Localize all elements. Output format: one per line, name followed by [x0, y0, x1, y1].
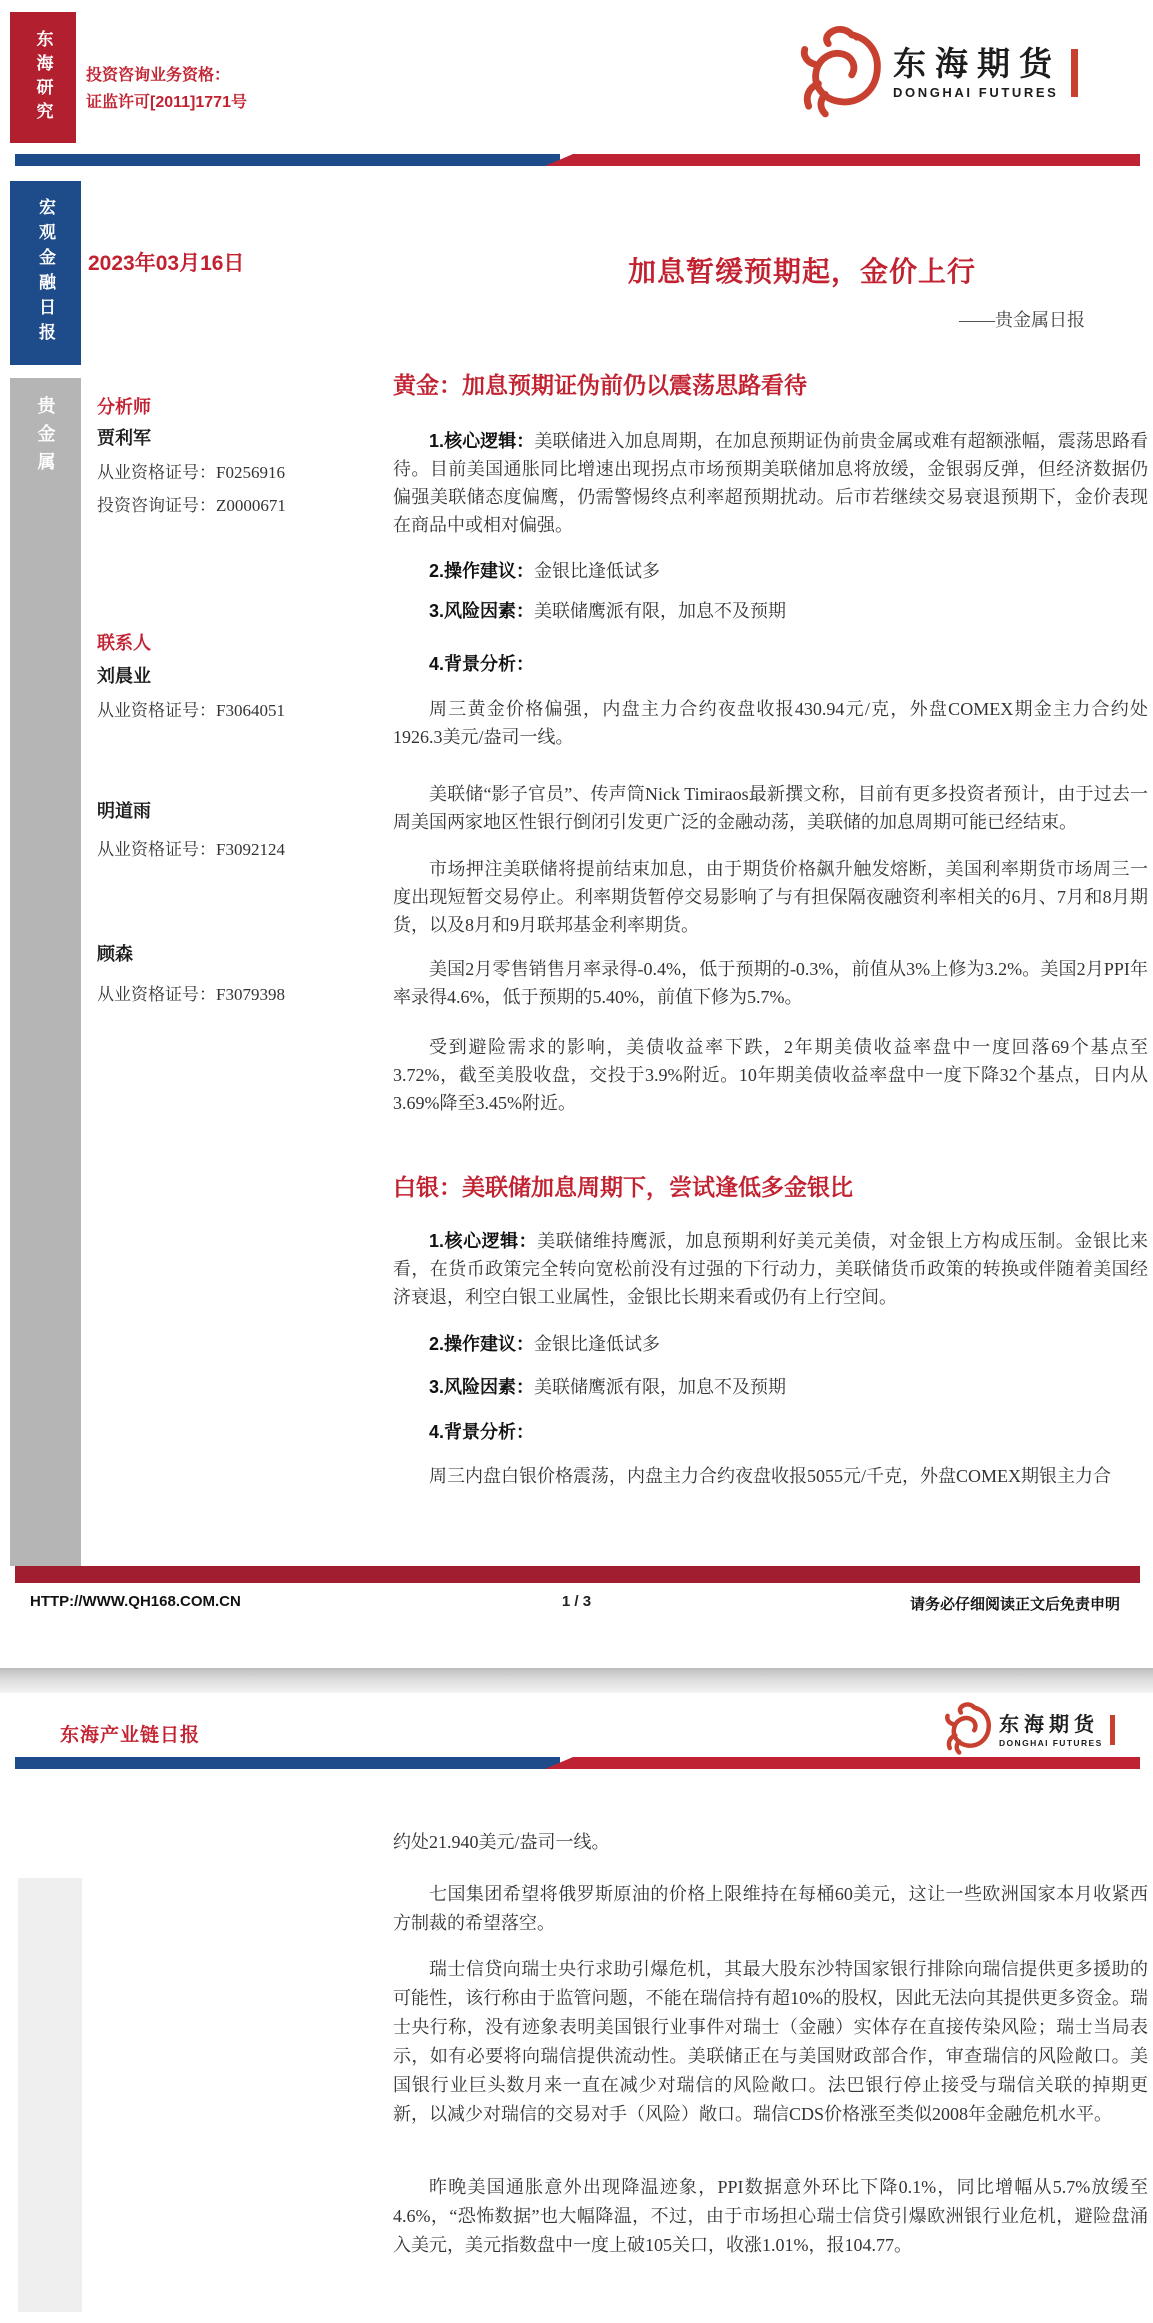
page2-divider-red: [545, 1757, 1140, 1769]
report-document: 东海研究 投资咨询业务资格： 证监许可[2011]1771号 东海期货 DONG…: [0, 0, 1153, 2323]
gold-core-logic-paragraph: 1.核心逻辑：美联储进入加息周期，在加息预期证伪前贵金属或难有超额涨幅，震荡思路…: [393, 427, 1148, 539]
contact3-cert: 从业资格证号：F3079398: [97, 980, 285, 1005]
silver-core-logic-paragraph: 1.核心逻辑：美联储维持鹰派，加息预期利好美元美债，对金银上方构成压制。金银比来…: [393, 1227, 1148, 1311]
analyst-label: 分析师: [97, 393, 151, 419]
gold-section-heading: 黄金：加息预期证伪前仍以震荡思路看待: [393, 370, 1148, 400]
analyst-cert2: 投资咨询证号：Z0000671: [97, 491, 286, 516]
logo-text: 东海期货 DONGHAI FUTURES: [893, 45, 1061, 100]
page2-paragraph-3: 瑞士信贷向瑞士央行求助引爆危机，其最大股东沙特国家银行排除向瑞信提供更多援助的可…: [393, 1955, 1148, 2129]
gold-risk-text: 美联储鹰派有限，加息不及预期: [534, 601, 786, 621]
credentials-block: 投资咨询业务资格： 证监许可[2011]1771号: [86, 62, 247, 116]
page2-divider-blue: [15, 1757, 560, 1769]
silver-operation-paragraph: 2.操作建议：金银比逢低试多: [393, 1330, 1148, 1358]
silver-risk-lead: 3.风险因素：: [429, 1377, 534, 1397]
report-title: 加息暂缓预期起，金价上行: [628, 250, 976, 290]
contact3-name: 顾森: [97, 940, 133, 966]
footer-divider-bar: [15, 1566, 1140, 1583]
silver-operation-text: 金银比逢低试多: [534, 1334, 660, 1354]
credentials-line1: 投资咨询业务资格：: [86, 62, 247, 89]
logo-red-tick: [1110, 1715, 1115, 1745]
silver-background-heading: 4.背景分析：: [393, 1418, 1148, 1446]
gold-risk-paragraph: 3.风险因素：美联储鹰派有限，加息不及预期: [393, 597, 1148, 625]
gold-operation-lead: 2.操作建议：: [429, 561, 534, 581]
gold-risk-lead: 3.风险因素：: [429, 601, 534, 621]
contact1-cert: 从业资格证号：F3064051: [97, 696, 285, 721]
sidebar-tab-section-label: 贵金属: [33, 396, 59, 480]
gold-background-lead: 4.背景分析：: [429, 654, 534, 674]
gold-background-paragraph-1: 周三黄金价格偏强，内盘主力合约夜盘收报430.94元/克，外盘COMEX期金主力…: [393, 695, 1148, 751]
gold-operation-paragraph: 2.操作建议：金银比逢低试多: [393, 557, 1148, 585]
silver-operation-lead: 2.操作建议：: [429, 1334, 534, 1354]
sidebar-tab-research: 东海研究: [10, 12, 76, 143]
gold-background-paragraph-4: 美国2月零售销售月率录得-0.4%，低于预期的-0.3%，前值从3%上修为3.2…: [393, 955, 1148, 1011]
silver-risk-text: 美联储鹰派有限，加息不及预期: [534, 1377, 786, 1397]
gold-background-paragraph-5: 受到避险需求的影响，美债收益率下跌，2年期美债收益率盘中一度回落69个基点至3.…: [393, 1033, 1148, 1117]
silver-section-heading: 白银：美联储加息周期下，尝试逢低多金银比: [393, 1172, 1148, 1202]
company-logo-page2: 东海期货 DONGHAI FUTURES: [942, 1700, 1115, 1760]
sidebar-tab-report-type: 宏观金融日报: [10, 181, 81, 365]
credentials-line2: 证监许可[2011]1771号: [86, 89, 247, 116]
page2-header-title: 东海产业链日报: [60, 1720, 200, 1747]
header-divider-blue: [15, 154, 560, 166]
silver-core-logic-lead: 1.核心逻辑：: [429, 1231, 537, 1251]
company-logo: 东海期货 DONGHAI FUTURES: [795, 22, 1078, 123]
page2-paragraph-2: 七国集团希望将俄罗斯原油的价格上限维持在每桶60美元，这让一些欧洲国家本月收紧西…: [393, 1880, 1148, 1938]
sidebar-tab-section: 贵金属: [10, 378, 81, 1566]
sidebar-tab-research-label: 东海研究: [31, 30, 56, 126]
logo-text: 东海期货 DONGHAI FUTURES: [999, 1713, 1103, 1748]
contact-label: 联系人: [97, 629, 151, 655]
page2-paragraph-1: 约处21.940美元/盎司一线。: [393, 1828, 1148, 1857]
logo-chinese-name: 东海期货: [893, 45, 1061, 85]
page-separator: [0, 1668, 1153, 1693]
page1-body: 黄金：加息预期证伪前仍以震荡思路看待 1.核心逻辑：美联储进入加息周期，在加息预…: [393, 370, 1148, 1490]
analyst-cert: 从业资格证号：F0256916: [97, 458, 285, 483]
silver-background-paragraph-1: 周三内盘白银价格震荡，内盘主力合约夜盘收报5055元/千克，外盘COMEX期银主…: [393, 1462, 1148, 1490]
dragon-logo-icon: [795, 22, 883, 123]
logo-english-name: DONGHAI FUTURES: [999, 1738, 1103, 1748]
contact2-name: 明道雨: [97, 797, 151, 823]
report-subtitle: ——贵金属日报: [959, 306, 1085, 332]
gold-background-paragraph-2: 美联储“影子官员”、传声筒Nick Timiraos最新撰文称，目前有更多投资者…: [393, 780, 1148, 836]
gold-background-heading: 4.背景分析：: [393, 650, 1148, 678]
gold-operation-text: 金银比逢低试多: [534, 561, 660, 581]
header-divider-red: [545, 154, 1140, 166]
page2-paragraph-4: 昨晚美国通胀意外出现降温迹象，PPI数据意外环比下降0.1%，同比增幅从5.7%…: [393, 2173, 1148, 2260]
gold-background-paragraph-3: 市场押注美联储将提前结束加息，由于期货价格飙升触发熔断，美国利率期货市场周三一度…: [393, 855, 1148, 939]
silver-risk-paragraph: 3.风险因素：美联储鹰派有限，加息不及预期: [393, 1373, 1148, 1401]
footer-disclaimer: 请务必仔细阅读正文后免责申明: [910, 1593, 1120, 1614]
contact1-name: 刘晨业: [97, 662, 151, 688]
contact2-cert: 从业资格证号：F3092124: [97, 835, 285, 860]
dragon-logo-icon: [942, 1700, 992, 1760]
logo-chinese-name: 东海期货: [999, 1713, 1099, 1738]
logo-red-tick: [1071, 49, 1078, 97]
report-date: 2023年03月16日: [88, 247, 244, 277]
sidebar-tab-report-label: 宏观金融日报: [33, 198, 58, 348]
page2-sidebar-placeholder: [18, 1878, 82, 2312]
page2-body: 约处21.940美元/盎司一线。 七国集团希望将俄罗斯原油的价格上限维持在每桶6…: [393, 1828, 1148, 2260]
analyst-name: 贾利军: [97, 424, 151, 450]
gold-core-logic-lead: 1.核心逻辑：: [429, 431, 534, 451]
silver-background-lead: 4.背景分析：: [429, 1422, 534, 1442]
logo-english-name: DONGHAI FUTURES: [893, 85, 1058, 100]
